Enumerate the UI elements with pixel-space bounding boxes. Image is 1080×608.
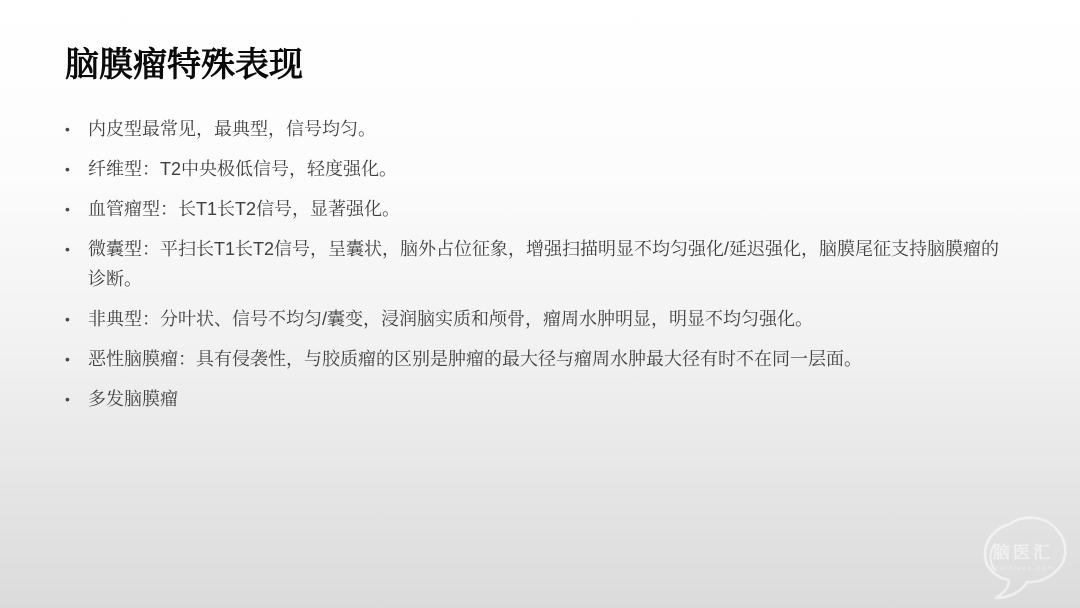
- bullet-icon: •: [65, 114, 88, 144]
- bullet-text: 恶性脑膜瘤：具有侵袭性，与胶质瘤的区别是肿瘤的最大径与瘤周水肿最大径有时不在同一…: [88, 344, 1015, 374]
- list-item: • 纤维型：T2中央极低信号，轻度强化。: [65, 154, 1015, 184]
- bullet-text: 非典型：分叶状、信号不均匀/囊变，浸润脑实质和颅骨，瘤周水肿明显，明显不均匀强化…: [88, 304, 1015, 334]
- brain-bubble-logo-icon: 脑医汇 brainmed.com: [972, 508, 1072, 604]
- bullet-text: 纤维型：T2中央极低信号，轻度强化。: [88, 154, 1015, 184]
- bullet-list: • 内皮型最常见，最典型，信号均匀。 • 纤维型：T2中央极低信号，轻度强化。 …: [65, 114, 1015, 414]
- bullet-icon: •: [65, 234, 88, 264]
- watermark-subtext: brainmed.com: [991, 566, 1055, 572]
- list-item: • 非典型：分叶状、信号不均匀/囊变，浸润脑实质和颅骨，瘤周水肿明显，明显不均匀…: [65, 304, 1015, 334]
- list-item: • 内皮型最常见，最典型，信号均匀。: [65, 114, 1015, 144]
- bullet-icon: •: [65, 194, 88, 224]
- bullet-text: 多发脑膜瘤: [88, 384, 1015, 414]
- list-item: • 血管瘤型：长T1长T2信号，显著强化。: [65, 194, 1015, 224]
- bullet-icon: •: [65, 344, 88, 374]
- slide-title: 脑膜瘤特殊表现: [65, 46, 1015, 84]
- watermark-brand-text: 脑医汇: [993, 543, 1053, 562]
- bullet-text: 血管瘤型：长T1长T2信号，显著强化。: [88, 194, 1015, 224]
- list-item: • 微囊型：平扫长T1长T2信号，呈囊状，脑外占位征象，增强扫描明显不均匀强化/…: [65, 234, 1015, 294]
- bullet-text: 内皮型最常见，最典型，信号均匀。: [88, 114, 1015, 144]
- list-item: • 恶性脑膜瘤：具有侵袭性，与胶质瘤的区别是肿瘤的最大径与瘤周水肿最大径有时不在…: [65, 344, 1015, 374]
- bullet-text: 微囊型：平扫长T1长T2信号，呈囊状，脑外占位征象，增强扫描明显不均匀强化/延迟…: [88, 234, 1015, 294]
- bullet-icon: •: [65, 384, 88, 414]
- list-item: • 多发脑膜瘤: [65, 384, 1015, 414]
- slide-content: 脑膜瘤特殊表现 • 内皮型最常见，最典型，信号均匀。 • 纤维型：T2中央极低信…: [0, 0, 1080, 414]
- bullet-icon: •: [65, 304, 88, 334]
- brand-watermark: 脑医汇 brainmed.com: [972, 508, 1072, 604]
- slide: 脑膜瘤特殊表现 • 内皮型最常见，最典型，信号均匀。 • 纤维型：T2中央极低信…: [0, 0, 1080, 608]
- bullet-icon: •: [65, 154, 88, 184]
